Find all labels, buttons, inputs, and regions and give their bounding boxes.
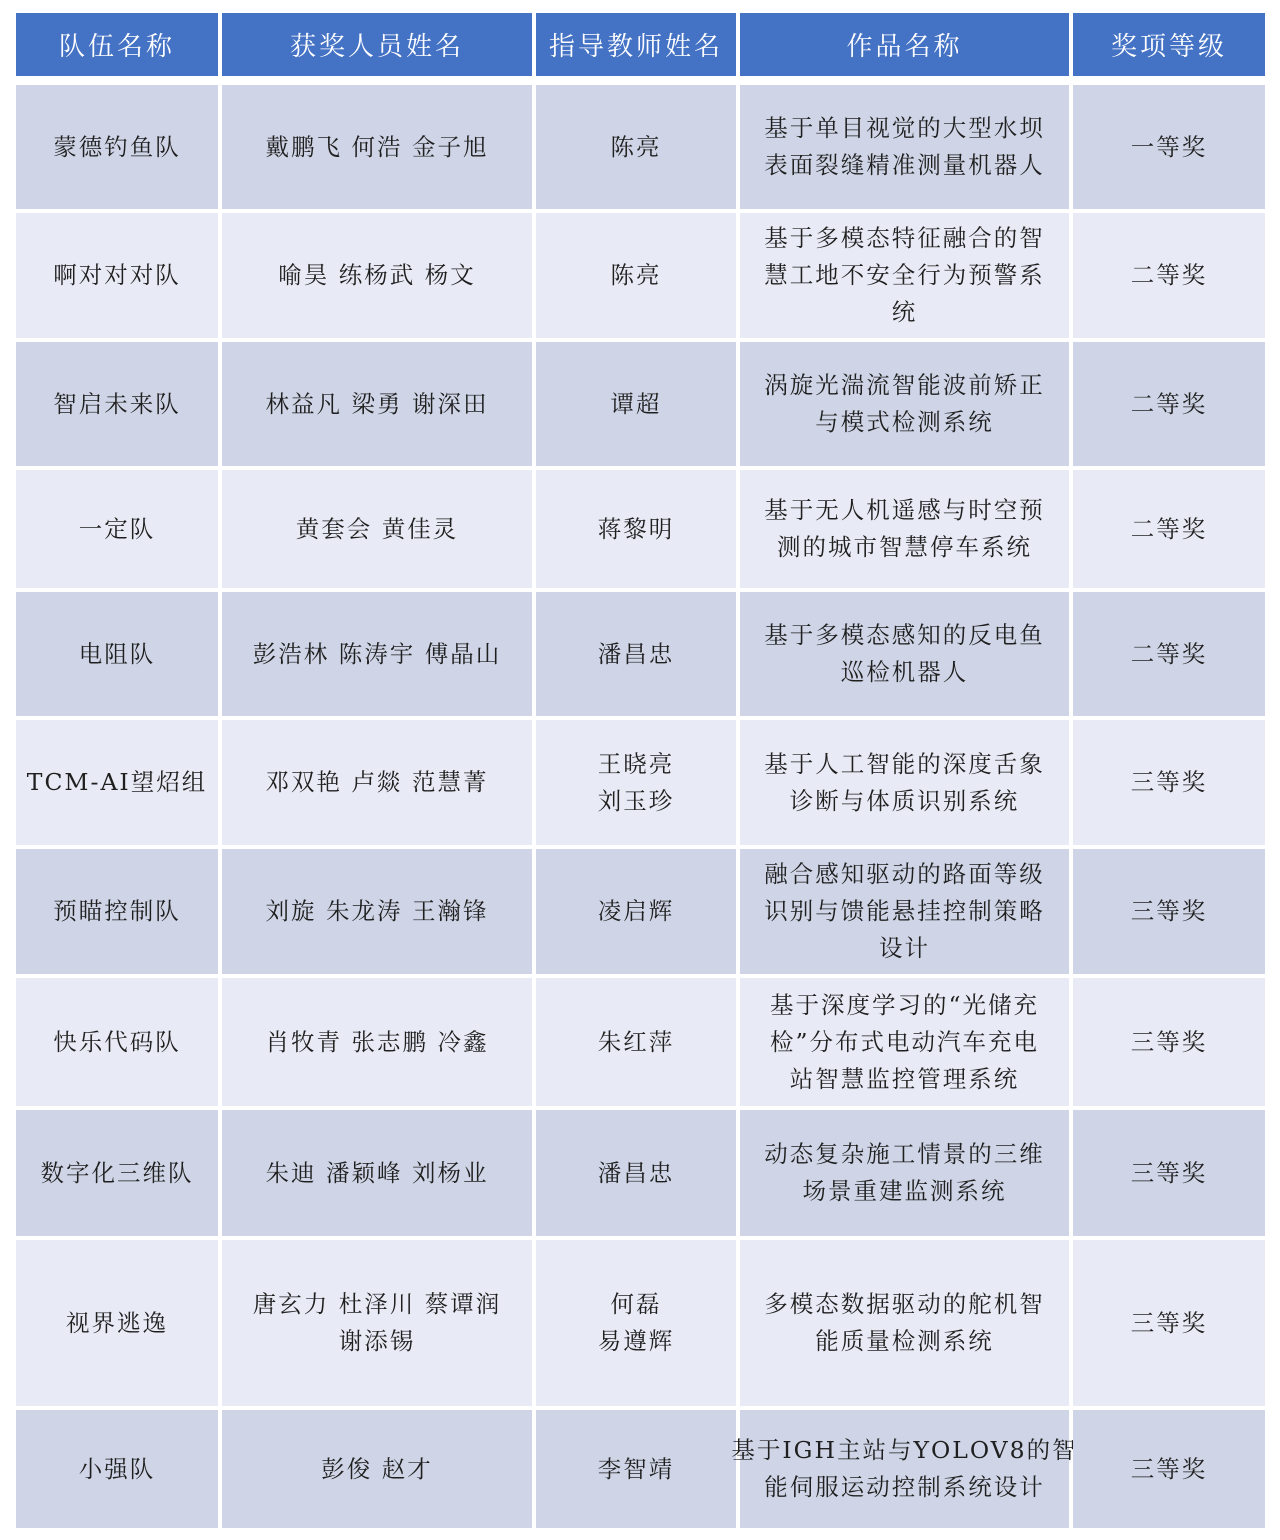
members-cell-line: 彭浩林 陈涛宇 傅晶山 xyxy=(253,636,501,673)
project-title-cell-line: 基于深度学习的“光储充 xyxy=(770,987,1039,1024)
team-name-cell-text: 智启未来队 xyxy=(53,386,181,423)
members-cell-line: 彭俊 赵才 xyxy=(321,1451,432,1488)
table-row: 智启未来队林益凡 梁勇 谢深田谭超涡旋光湍流智能波前矫正与模式检测系统二等奖 xyxy=(16,342,1265,466)
project-title-cell-line: 基于无人机遥感与时空预 xyxy=(764,492,1045,529)
advisors-cell-line: 陈亮 xyxy=(611,129,662,166)
advisors-cell-line: 易遵辉 xyxy=(598,1323,675,1360)
members-cell: 刘旋 朱龙涛 王瀚锋 xyxy=(222,849,532,974)
award-level-cell: 三等奖 xyxy=(1073,849,1265,974)
project-title-cell-line: 表面裂缝精准测量机器人 xyxy=(764,147,1045,184)
advisors-cell-line: 朱红萍 xyxy=(598,1024,675,1061)
team-name-cell-text: 一定队 xyxy=(79,511,156,548)
team-name-cell-text: 预瞄控制队 xyxy=(53,893,181,930)
award-level-cell-text: 三等奖 xyxy=(1131,1305,1208,1342)
awards-table: 队伍名称 获奖人员姓名 指导教师姓名 作品名称 奖项等级 蒙德钓鱼队戴鹏飞 何浩… xyxy=(16,13,1265,1528)
project-title-cell-line: 识别与馈能悬挂控制策略 xyxy=(764,893,1045,930)
advisors-cell-line: 王晓亮 xyxy=(598,746,675,783)
table-row: 啊对对对队喻昊 练杨武 杨文陈亮基于多模态特征融合的智慧工地不安全行为预警系统二… xyxy=(16,213,1265,338)
header-advisors: 指导教师姓名 xyxy=(536,13,736,76)
advisors-cell: 潘昌忠 xyxy=(536,1110,736,1236)
advisors-cell: 凌启辉 xyxy=(536,849,736,974)
members-cell-line: 唐玄力 杜泽川 蔡谭润 xyxy=(253,1286,501,1323)
members-cell: 彭俊 赵才 xyxy=(222,1410,532,1528)
award-level-cell-text: 一等奖 xyxy=(1131,129,1208,166)
advisors-cell-line: 刘玉珍 xyxy=(598,783,675,820)
award-level-cell-text: 三等奖 xyxy=(1131,1451,1208,1488)
team-name-cell-text: 快乐代码队 xyxy=(53,1024,181,1061)
project-title-cell-line: 诊断与体质识别系统 xyxy=(790,783,1020,820)
award-level-cell-text: 三等奖 xyxy=(1131,1155,1208,1192)
project-title-cell: 动态复杂施工情景的三维场景重建监测系统 xyxy=(740,1110,1069,1236)
advisors-cell: 陈亮 xyxy=(536,213,736,338)
header-award-level: 奖项等级 xyxy=(1073,13,1265,76)
members-cell-line: 刘旋 朱龙涛 王瀚锋 xyxy=(266,893,489,930)
advisors-cell-line: 谭超 xyxy=(611,386,662,423)
table-row: 一定队黄套会 黄佳灵蒋黎明基于无人机遥感与时空预测的城市智慧停车系统二等奖 xyxy=(16,470,1265,588)
team-name-cell-text: 小强队 xyxy=(79,1451,156,1488)
project-title-cell-line: 巡检机器人 xyxy=(841,654,969,691)
project-title-cell: 融合感知驱动的路面等级识别与馈能悬挂控制策略设计 xyxy=(740,849,1069,974)
members-cell-line: 黄套会 黄佳灵 xyxy=(296,511,458,548)
team-name-cell: 一定队 xyxy=(16,470,218,588)
project-title-cell-line: 基于多模态特征融合的智 xyxy=(764,220,1045,257)
header-project-title: 作品名称 xyxy=(740,13,1069,76)
project-title-cell: 基于无人机遥感与时空预测的城市智慧停车系统 xyxy=(740,470,1069,588)
project-title-cell-line: 能伺服运动控制系统设计 xyxy=(764,1469,1045,1506)
team-name-cell: 啊对对对队 xyxy=(16,213,218,338)
members-cell-line: 谢添锡 xyxy=(339,1323,416,1360)
advisors-cell-line: 蒋黎明 xyxy=(598,511,675,548)
members-cell: 肖牧青 张志鹏 冷鑫 xyxy=(222,978,532,1106)
members-cell-line: 邓双艳 卢燚 范慧菁 xyxy=(266,764,489,801)
advisors-cell-line: 李智靖 xyxy=(598,1451,675,1488)
project-title-cell: 基于人工智能的深度舌象诊断与体质识别系统 xyxy=(740,720,1069,845)
award-level-cell: 二等奖 xyxy=(1073,213,1265,338)
project-title-cell-line: 与模式检测系统 xyxy=(815,404,994,441)
project-title-cell-line: 站智慧监控管理系统 xyxy=(790,1061,1020,1098)
advisors-cell-line: 潘昌忠 xyxy=(598,636,675,673)
team-name-cell-text: 啊对对对队 xyxy=(53,257,181,294)
team-name-cell: 视界逃逸 xyxy=(16,1240,218,1406)
project-title-cell-line: 场景重建监测系统 xyxy=(803,1173,1007,1210)
header-team-name: 队伍名称 xyxy=(16,13,218,76)
members-cell: 唐玄力 杜泽川 蔡谭润谢添锡 xyxy=(222,1240,532,1406)
members-cell: 戴鹏飞 何浩 金子旭 xyxy=(222,85,532,209)
award-level-cell: 三等奖 xyxy=(1073,1110,1265,1236)
advisors-cell: 谭超 xyxy=(536,342,736,466)
table-row: TCM-AI望炤组邓双艳 卢燚 范慧菁王晓亮刘玉珍基于人工智能的深度舌象诊断与体… xyxy=(16,720,1265,845)
project-title-cell-line: 基于IGH主站与YOLOV8的智 xyxy=(731,1432,1077,1469)
advisors-cell-line: 陈亮 xyxy=(611,257,662,294)
project-title-cell-line: 基于人工智能的深度舌象 xyxy=(764,746,1045,783)
table-row: 数字化三维队朱迪 潘颖峰 刘杨业潘昌忠动态复杂施工情景的三维场景重建监测系统三等… xyxy=(16,1110,1265,1236)
team-name-cell-text: 视界逃逸 xyxy=(66,1305,168,1342)
members-cell-line: 林益凡 梁勇 谢深田 xyxy=(266,386,489,423)
team-name-cell-text: 电阻队 xyxy=(79,636,156,673)
advisors-cell-line: 何磊 xyxy=(611,1286,662,1323)
project-title-cell-line: 检”分布式电动汽车充电 xyxy=(770,1024,1039,1061)
project-title-cell-line: 基于单目视觉的大型水坝 xyxy=(764,110,1045,147)
award-level-cell: 三等奖 xyxy=(1073,1410,1265,1528)
team-name-cell: 快乐代码队 xyxy=(16,978,218,1106)
members-cell: 黄套会 黄佳灵 xyxy=(222,470,532,588)
project-title-cell: 基于多模态特征融合的智慧工地不安全行为预警系统 xyxy=(740,213,1069,338)
team-name-cell: 预瞄控制队 xyxy=(16,849,218,974)
members-cell-line: 朱迪 潘颖峰 刘杨业 xyxy=(266,1155,489,1192)
award-level-cell: 三等奖 xyxy=(1073,1240,1265,1406)
table-row: 视界逃逸唐玄力 杜泽川 蔡谭润谢添锡何磊易遵辉多模态数据驱动的舵机智能质量检测系… xyxy=(16,1240,1265,1406)
award-level-cell: 三等奖 xyxy=(1073,720,1265,845)
advisors-cell: 何磊易遵辉 xyxy=(536,1240,736,1406)
table-row: 蒙德钓鱼队戴鹏飞 何浩 金子旭陈亮基于单目视觉的大型水坝表面裂缝精准测量机器人一… xyxy=(16,85,1265,209)
project-title-cell-line: 基于多模态感知的反电鱼 xyxy=(764,617,1045,654)
project-title-cell: 基于IGH主站与YOLOV8的智能伺服运动控制系统设计 xyxy=(740,1410,1069,1528)
project-title-cell-line: 测的城市智慧停车系统 xyxy=(777,529,1032,566)
project-title-cell-line: 能质量检测系统 xyxy=(815,1323,994,1360)
award-level-cell-text: 三等奖 xyxy=(1131,764,1208,801)
award-level-cell: 二等奖 xyxy=(1073,470,1265,588)
project-title-cell: 涡旋光湍流智能波前矫正与模式检测系统 xyxy=(740,342,1069,466)
table-body: 蒙德钓鱼队戴鹏飞 何浩 金子旭陈亮基于单目视觉的大型水坝表面裂缝精准测量机器人一… xyxy=(16,85,1265,1528)
advisors-cell: 蒋黎明 xyxy=(536,470,736,588)
advisors-cell: 潘昌忠 xyxy=(536,592,736,716)
project-title-cell-line: 慧工地不安全行为预警系 xyxy=(764,257,1045,294)
advisors-cell: 王晓亮刘玉珍 xyxy=(536,720,736,845)
advisors-cell: 陈亮 xyxy=(536,85,736,209)
project-title-cell: 多模态数据驱动的舵机智能质量检测系统 xyxy=(740,1240,1069,1406)
award-level-cell-text: 二等奖 xyxy=(1131,257,1208,294)
members-cell-line: 喻昊 练杨武 杨文 xyxy=(278,257,475,294)
members-cell: 彭浩林 陈涛宇 傅晶山 xyxy=(222,592,532,716)
award-level-cell: 一等奖 xyxy=(1073,85,1265,209)
project-title-cell: 基于深度学习的“光储充检”分布式电动汽车充电站智慧监控管理系统 xyxy=(740,978,1069,1106)
table-row: 预瞄控制队刘旋 朱龙涛 王瀚锋凌启辉融合感知驱动的路面等级识别与馈能悬挂控制策略… xyxy=(16,849,1265,974)
table-row: 小强队彭俊 赵才李智靖基于IGH主站与YOLOV8的智能伺服运动控制系统设计三等… xyxy=(16,1410,1265,1528)
team-name-cell-text: TCM-AI望炤组 xyxy=(27,764,207,801)
award-level-cell-text: 三等奖 xyxy=(1131,893,1208,930)
project-title-cell-line: 统 xyxy=(892,294,918,331)
project-title-cell-line: 涡旋光湍流智能波前矫正 xyxy=(764,367,1045,404)
team-name-cell-text: 数字化三维队 xyxy=(41,1155,194,1192)
project-title-cell-line: 设计 xyxy=(879,930,930,967)
table-row: 快乐代码队肖牧青 张志鹏 冷鑫朱红萍基于深度学习的“光储充检”分布式电动汽车充电… xyxy=(16,978,1265,1106)
team-name-cell-text: 蒙德钓鱼队 xyxy=(53,129,181,166)
team-name-cell: TCM-AI望炤组 xyxy=(16,720,218,845)
advisors-cell-line: 潘昌忠 xyxy=(598,1155,675,1192)
members-cell-line: 戴鹏飞 何浩 金子旭 xyxy=(266,129,489,166)
award-level-cell-text: 三等奖 xyxy=(1131,1024,1208,1061)
header-members: 获奖人员姓名 xyxy=(222,13,532,76)
members-cell: 喻昊 练杨武 杨文 xyxy=(222,213,532,338)
team-name-cell: 电阻队 xyxy=(16,592,218,716)
members-cell: 朱迪 潘颖峰 刘杨业 xyxy=(222,1110,532,1236)
team-name-cell: 小强队 xyxy=(16,1410,218,1528)
award-level-cell-text: 二等奖 xyxy=(1131,636,1208,673)
advisors-cell: 李智靖 xyxy=(536,1410,736,1528)
advisors-cell-line: 凌启辉 xyxy=(598,893,675,930)
project-title-cell: 基于多模态感知的反电鱼巡检机器人 xyxy=(740,592,1069,716)
team-name-cell: 数字化三维队 xyxy=(16,1110,218,1236)
project-title-cell-line: 融合感知驱动的路面等级 xyxy=(764,856,1045,893)
members-cell: 邓双艳 卢燚 范慧菁 xyxy=(222,720,532,845)
table-row: 电阻队彭浩林 陈涛宇 傅晶山潘昌忠基于多模态感知的反电鱼巡检机器人二等奖 xyxy=(16,592,1265,716)
advisors-cell: 朱红萍 xyxy=(536,978,736,1106)
team-name-cell: 智启未来队 xyxy=(16,342,218,466)
members-cell-line: 肖牧青 张志鹏 冷鑫 xyxy=(266,1024,489,1061)
award-level-cell-text: 二等奖 xyxy=(1131,511,1208,548)
award-level-cell: 二等奖 xyxy=(1073,592,1265,716)
project-title-cell-line: 多模态数据驱动的舵机智 xyxy=(764,1286,1045,1323)
team-name-cell: 蒙德钓鱼队 xyxy=(16,85,218,209)
award-level-cell-text: 二等奖 xyxy=(1131,386,1208,423)
project-title-cell: 基于单目视觉的大型水坝表面裂缝精准测量机器人 xyxy=(740,85,1069,209)
award-level-cell: 二等奖 xyxy=(1073,342,1265,466)
project-title-cell-line: 动态复杂施工情景的三维 xyxy=(764,1136,1045,1173)
table-header-row: 队伍名称 获奖人员姓名 指导教师姓名 作品名称 奖项等级 xyxy=(16,13,1265,76)
members-cell: 林益凡 梁勇 谢深田 xyxy=(222,342,532,466)
award-level-cell: 三等奖 xyxy=(1073,978,1265,1106)
